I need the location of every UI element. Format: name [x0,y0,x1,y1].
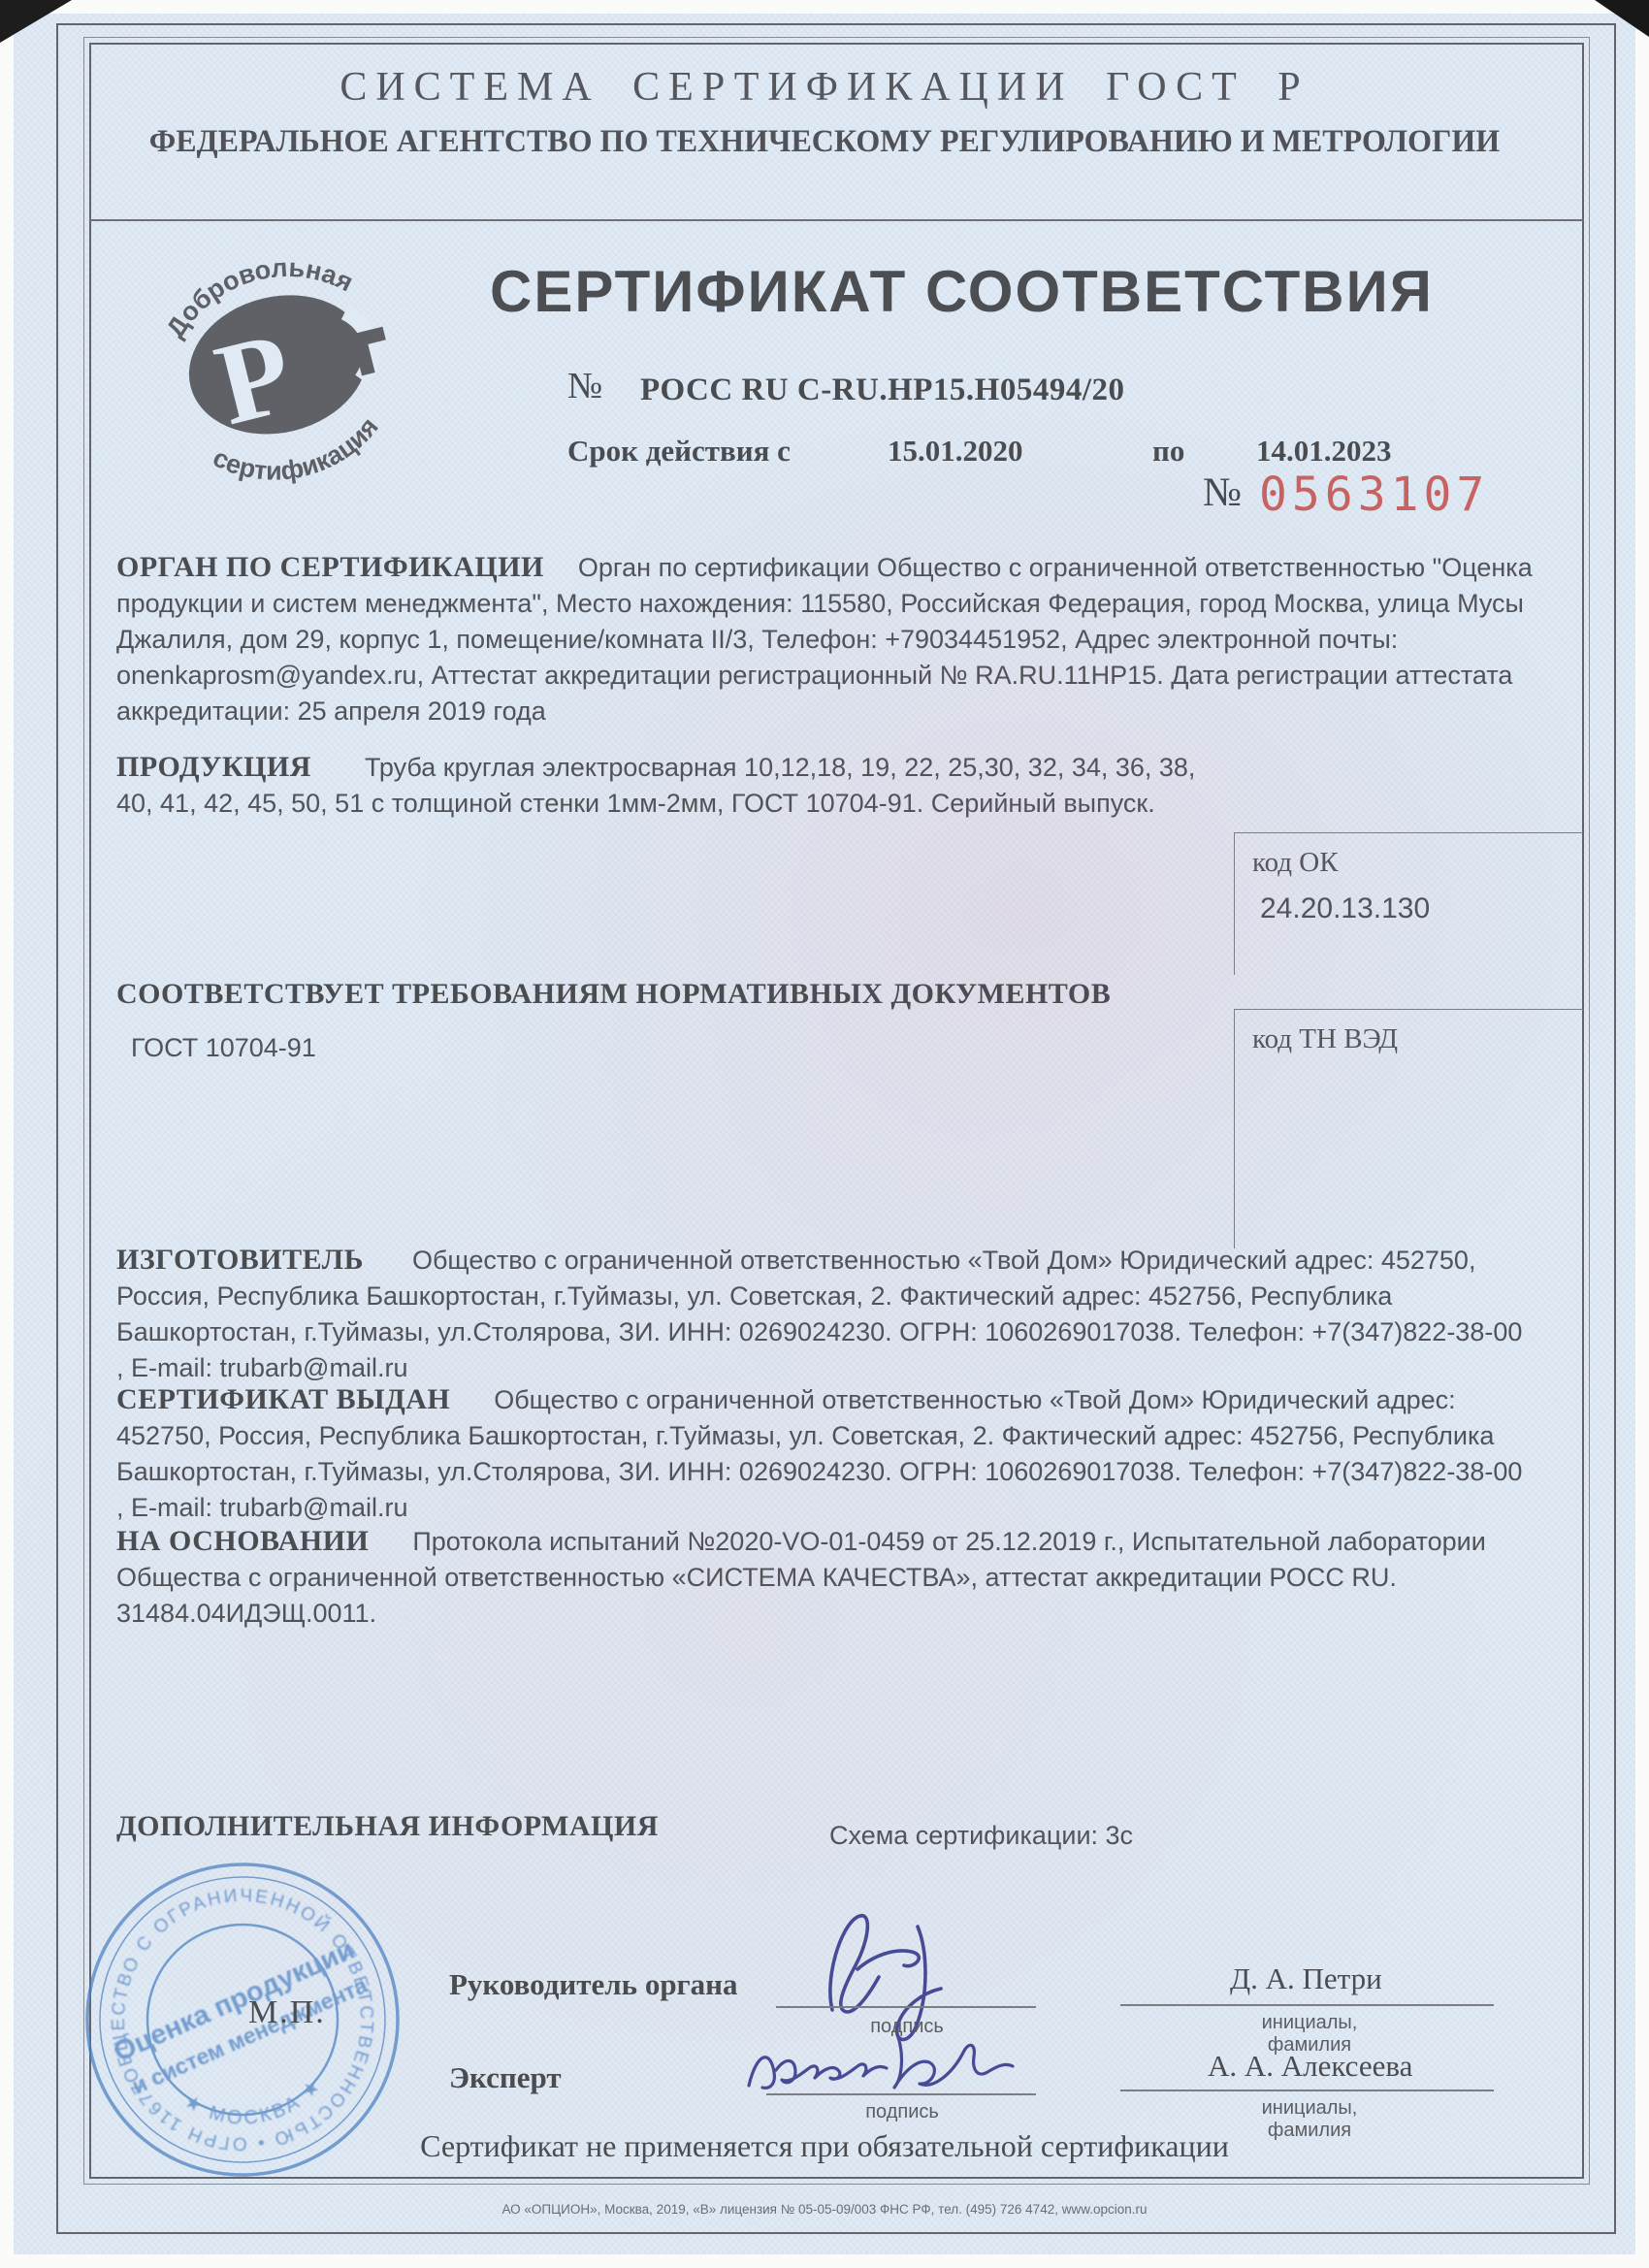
signer-role-head: Руководитель органа [449,1967,738,2002]
head-name-line [1120,1946,1494,2006]
section-heading-product: ПРОДУКЦИЯ [116,751,311,783]
section-issued-to: СЕРТИФИКАТ ВЫДАНОбщество с ограниченной … [116,1381,1535,1526]
section-product: ПРОДУКЦИЯТруба круглая электросварная 10… [116,749,1208,822]
section-certification-body: ОРГАН ПО СЕРТИФИКАЦИИОрган по сертификац… [116,549,1535,729]
bottom-note: Сертификат не применяется при обязательн… [0,2128,1649,2164]
rst-logo-icon: Добровольная сертификация Р [122,221,433,502]
section-manufacturer: ИЗГОТОВИТЕЛЬОбщество с ограниченной отве… [116,1242,1535,1386]
validity-to-date: 14.01.2023 [1256,434,1392,469]
blank-number-label: № [1203,470,1242,516]
stamp-place-note: М.П. [248,1994,326,2031]
section-heading-manufacturer: ИЗГОТОВИТЕЛЬ [116,1244,364,1276]
tn-ved-label: код ТН ВЭД [1252,1023,1566,1055]
section-heading-conforms: СООТВЕТСТВУЕТ ТРЕБОВАНИЯМ НОРМАТИВНЫХ ДО… [116,978,1111,1011]
cert-number-label: № [567,365,602,407]
ok-code-value: 24.20.13.130 [1252,892,1566,925]
section-heading-additional: ДОПОЛНИТЕЛЬНАЯ ИНФОРМАЦИЯ [116,1810,659,1843]
expert-name-line [1120,2031,1494,2091]
ok-code-box: код ОК 24.20.13.130 [1234,832,1583,975]
head-signature-line [776,1948,1036,2008]
cert-number-value: РОСС RU C-RU.HP15.H05494/20 [640,373,1125,408]
validity-label: Срок действия с [567,434,791,469]
validity-from-date: 15.01.2020 [888,434,1023,469]
blank-number-value: 0563107 [1259,468,1489,522]
signer-role-expert: Эксперт [449,2060,562,2095]
section-heading-basis: НА ОСНОВАНИИ [116,1525,369,1557]
section-heading-org: ОРГАН ПО СЕРТИФИКАЦИИ [116,551,544,583]
additional-info-text: Схема сертификации: 3с [829,1818,1133,1854]
expert-signature-caption: подпись [810,2101,994,2123]
agency-title: ФЕДЕРАЛЬНОЕ АГЕНТСТВО ПО ТЕХНИЧЕСКОМУ РЕ… [25,124,1625,160]
certificate-page: СИСТЕМА СЕРТИФИКАЦИИ ГОСТ Р ФЕДЕРАЛЬНОЕ … [0,0,1649,2268]
section-basis: НА ОСНОВАНИИПротокола испытаний №2020-VO… [116,1523,1535,1632]
expert-signature-line [766,2035,1036,2095]
system-title: СИСТЕМА СЕРТИФИКАЦИИ ГОСТ Р [0,64,1649,111]
tn-ved-code-box: код ТН ВЭД [1234,1009,1583,1248]
conforms-standard: ГОСТ 10704-91 [131,1030,316,1066]
document-title: СЕРТИФИКАТ СООТВЕТСТВИЯ [490,258,1434,325]
section-heading-issued: СЕРТИФИКАТ ВЫДАН [116,1383,450,1415]
printer-imprint: АО «ОПЦИОН», Москва, 2019, «В» лицензия … [0,2202,1649,2217]
ok-code-label: код ОК [1252,847,1566,879]
validity-to-label: по [1152,434,1184,469]
